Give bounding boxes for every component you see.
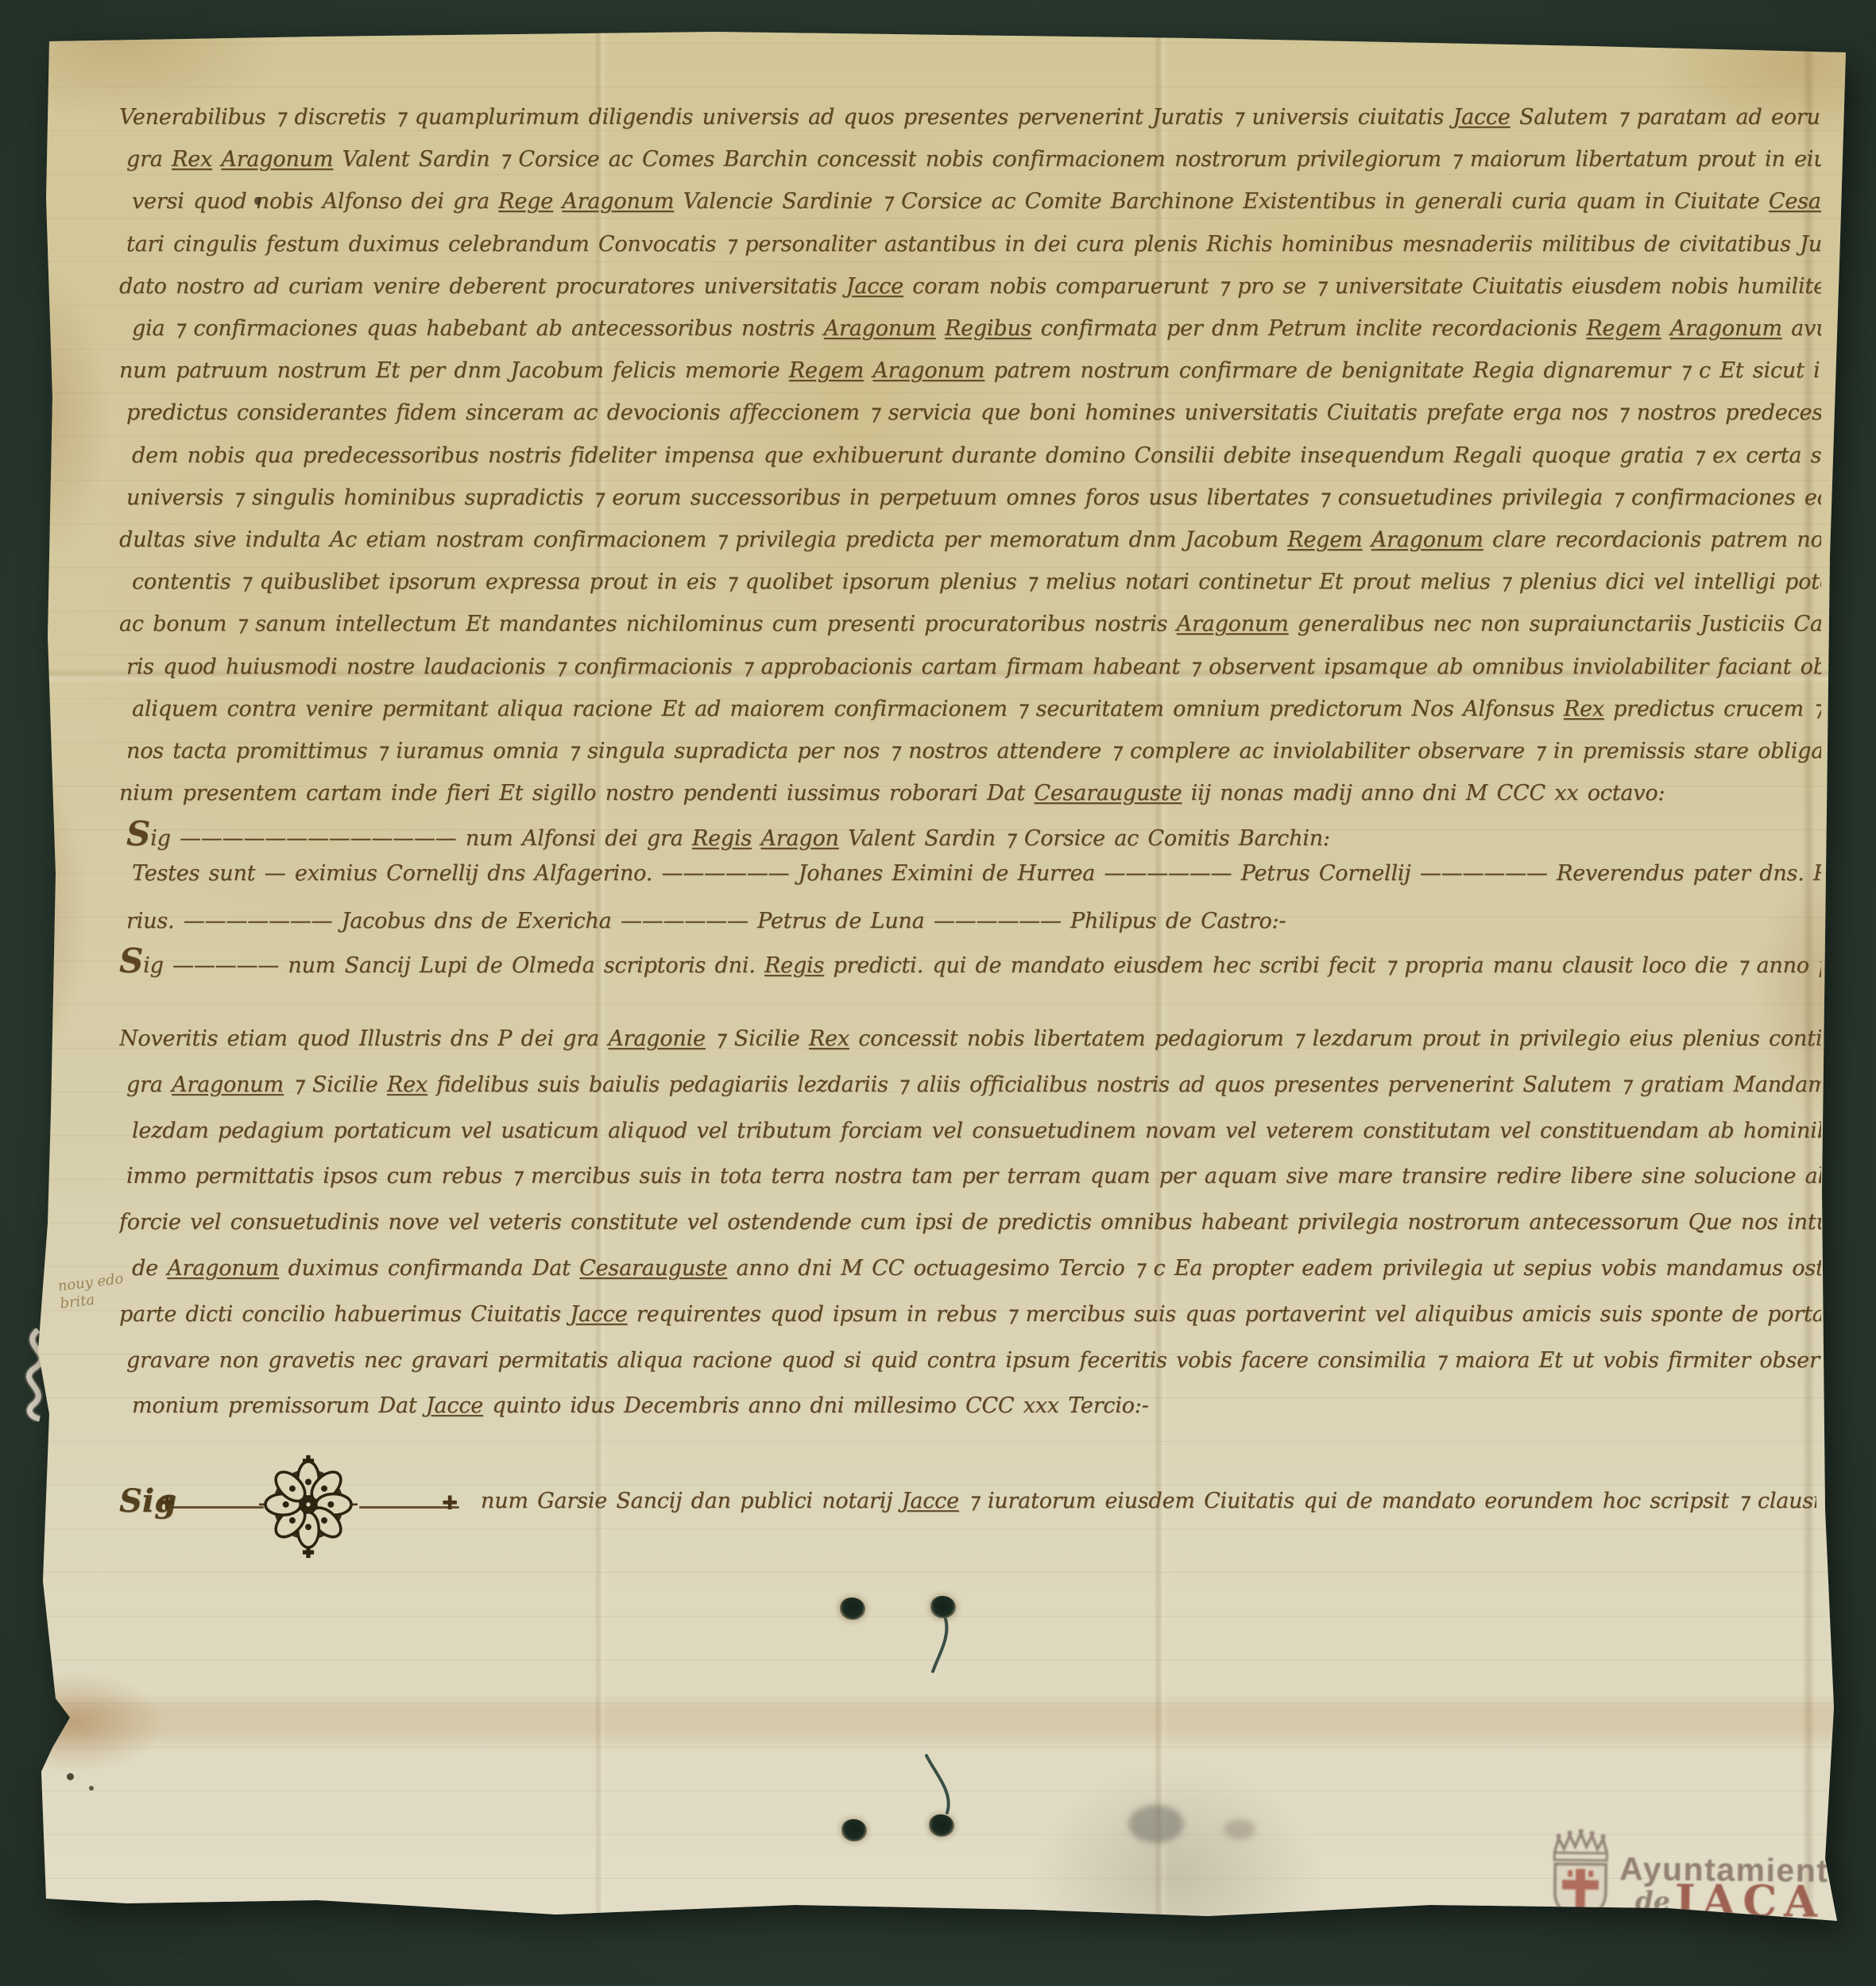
manuscript-line: dem nobis qua predecessoribus nostris fi…	[119, 439, 1821, 478]
rule-cross-left-icon: ✚	[159, 1493, 175, 1513]
manuscript-line: immo permittatis ipsos cum rebus ⁊ merci…	[119, 1159, 1821, 1199]
manuscript-line: ac bonum ⁊ sanum intellectum Et mandante…	[119, 607, 1821, 647]
manuscript-line: predictus considerantes fidem sinceram a…	[119, 396, 1821, 435]
gray-smudge	[1224, 1819, 1255, 1840]
final-signum-line: num Garsie Sancij dan publici notarij Ja…	[474, 1484, 1816, 1524]
rule-cross-right-icon: ✚	[442, 1493, 458, 1513]
ink-fleck	[89, 1786, 94, 1791]
signum-scribe-line: Sig ————— num Sancij Lupi de Olmeda scri…	[119, 944, 1821, 983]
photograph-of-parchment-charter: Venerabilibus ⁊ discretis ⁊ quamplurimum…	[0, 0, 1876, 1986]
manuscript-line: dultas sive indulta Ac etiam nostram con…	[119, 523, 1821, 562]
ayuntamiento-de-jaca-watermark: Ayuntamiento de JACA	[1545, 1826, 1832, 1940]
manuscript-line: nos tacta promittimus ⁊ iuramus omnia ⁊ …	[119, 734, 1821, 774]
manuscript-line: tari cingulis festum duximus celebrandum…	[119, 227, 1821, 267]
manuscript-line: num patruum nostrum Et per dnm Jacobum f…	[119, 354, 1821, 393]
manuscript-line: gia ⁊ confirmaciones quas habebant ab an…	[119, 311, 1821, 351]
manuscript-line: universis ⁊ singulis hominibus supradict…	[119, 481, 1821, 520]
manuscript-line: ris quod huiusmodi nostre laudacionis ⁊ …	[119, 650, 1821, 690]
signum-alfonsi-line: Sig ————————————— num Alfonsi dei gra Re…	[119, 817, 1821, 856]
watermark-text-de: de	[1635, 1887, 1670, 1915]
manuscript-line: parte dicti concilio habuerimus Ciuitati…	[119, 1297, 1821, 1337]
manuscript-line: versi quod nobis Alfonso dei gra Rege Ar…	[119, 184, 1821, 224]
manuscript-line: aliquem contra venire permitant aliqua r…	[119, 692, 1821, 732]
manuscript-line: nium presentem cartam inde fieri Et sigi…	[119, 776, 1821, 816]
manuscript-line: contentis ⁊ quibuslibet ipsorum expressa…	[119, 565, 1821, 605]
notarial-rota-icon	[259, 1454, 358, 1559]
watermark-text-jaca: JACA	[1674, 1878, 1824, 1924]
manuscript-line: gra Aragonum ⁊ Sicilie Rex fidelibus sui…	[119, 1068, 1821, 1107]
jaca-crest-icon	[1545, 1829, 1619, 1931]
gray-smudge	[1128, 1805, 1184, 1843]
witness-line-1: Testes sunt — eximius Cornellij dns Alfa…	[119, 856, 1821, 896]
manuscript-line: gravare non gravetis nec gravari permita…	[119, 1343, 1821, 1383]
seal-hole	[841, 1819, 867, 1841]
ink-fleck	[254, 197, 261, 205]
seal-hole	[840, 1598, 865, 1620]
hole-tear-marks	[898, 1613, 993, 1819]
manuscript-line: Noveritis etiam quod Illustris dns P dei…	[119, 1022, 1821, 1061]
manuscript-line: monium premissorum Dat Jacce quinto idus…	[119, 1389, 1821, 1428]
manuscript-line: dato nostro ad curiam venire deberent pr…	[119, 269, 1821, 309]
marginal-note: nouy edo brita	[57, 1270, 127, 1313]
signum-rule-left	[170, 1506, 264, 1509]
parchment-sheet: Venerabilibus ⁊ discretis ⁊ quamplurimum…	[0, 0, 1876, 1986]
manuscript-line: forcie vel consuetudinis nove vel veteri…	[119, 1205, 1821, 1245]
ink-fleck	[67, 1773, 74, 1780]
manuscript-line: Venerabilibus ⁊ discretis ⁊ quamplurimum…	[119, 100, 1821, 140]
manuscript-line: gra Rex Aragonum Valent Sardin ⁊ Corsice…	[119, 142, 1821, 182]
manuscript-line: lezdam pedagium portaticum vel usaticum …	[119, 1114, 1821, 1153]
manuscript-line: de Aragonum duximus confirmanda Dat Cesa…	[119, 1251, 1821, 1291]
witness-line-2: rius. ——————— Jacobus dns de Exericha ——…	[119, 904, 1821, 944]
